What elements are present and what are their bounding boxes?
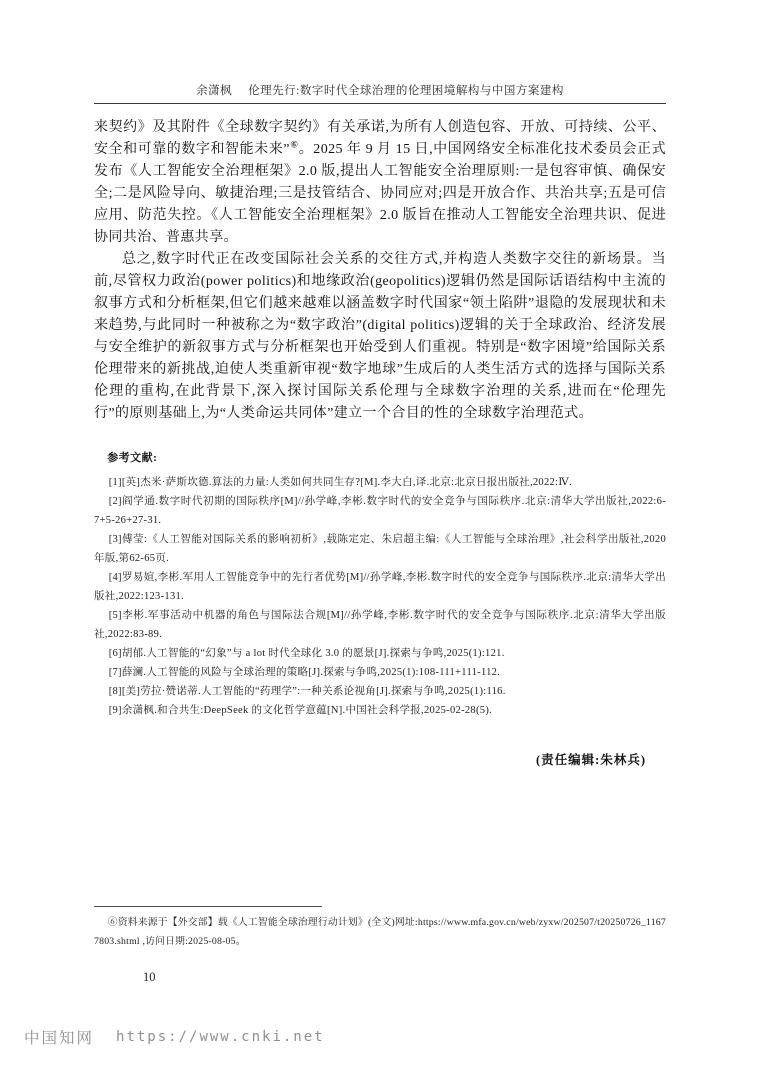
reference-item-7: [7]薛澜.人工智能的风险与全球治理的策略[J].探索与争鸣,2025(1):1… [94, 663, 666, 682]
document-page: 余潇枫伦理先行:数字时代全球治理的伦理困境解构与中国方案建构 来契约》及其附件《… [0, 0, 759, 1067]
article-body: 来契约》及其附件《全球数字契约》有关承诺,为所有人创造包容、开放、可持续、公平、… [94, 117, 666, 425]
reference-item-9: [9]余潇枫.和合共生:DeepSeek 的文化哲学意蕴[N].中国社会科学报,… [94, 701, 666, 720]
editor-note: (责任编辑:朱林兵) [94, 750, 666, 768]
reference-item-5: [5]李彬.军事活动中机器的角色与国际法合规[M]//孙学峰,李彬.数字时代的安… [94, 606, 666, 644]
header-rule [94, 103, 666, 104]
running-header-title: 伦理先行:数字时代全球治理的伦理困境解构与中国方案建构 [248, 85, 564, 97]
references-section: 参考文献: [1][英]杰米·萨斯坎德.算法的力量:人类如何共同生存?[M].李… [94, 449, 666, 720]
references-heading: 参考文献: [94, 449, 666, 465]
cnki-watermark: 中国知网 https://www.cnki.net [24, 1026, 325, 1048]
footnote-separator [94, 906, 322, 907]
page-content: 余潇枫伦理先行:数字时代全球治理的伦理困境解构与中国方案建构 来契约》及其附件《… [94, 0, 666, 768]
footnote-6-marker: ⑥ [290, 139, 299, 149]
footnote-block: ⑥资料来源于【外交部】载《人工智能全球治理行动计划》(全文)网址:https:/… [94, 906, 666, 951]
reference-item-3: [3]傅莹:《人工智能对国际关系的影响初析》,载陈定定、朱启超主编:《人工智能与… [94, 530, 666, 568]
reference-item-8: [8][美]劳拉·赞诺蒂.人工智能的“药理学”:一种关系论视角[J].探索与争鸣… [94, 682, 666, 701]
cnki-url: https://www.cnki.net [116, 1029, 325, 1045]
running-header: 余潇枫伦理先行:数字时代全球治理的伦理困境解构与中国方案建构 [94, 82, 666, 98]
reference-item-4: [4]罗易媗,李彬.军用人工智能竞争中的先行者优势[M]//孙学峰,李彬.数字时… [94, 568, 666, 606]
page-number: 10 [143, 970, 156, 985]
reference-item-1: [1][英]杰米·萨斯坎德.算法的力量:人类如何共同生存?[M].李大白,译.北… [94, 473, 666, 492]
paragraph-1-rest: 。2025 年 9 月 15 日,中国网络安全标准化技术委员会正式发布《人工智能… [94, 142, 666, 245]
paragraph-1: 来契约》及其附件《全球数字契约》有关承诺,为所有人创造包容、开放、可持续、公平、… [94, 117, 666, 249]
reference-item-2: [2]阎学通.数字时代初期的国际秩序[M]//孙学峰,李彬.数字时代的安全竞争与… [94, 492, 666, 530]
paragraph-2: 总之,数字时代正在改变国际社会关系的交往方式,并构造人类数字交往的新场景。当前,… [94, 249, 666, 425]
cnki-logo: 中国知网 [24, 1026, 94, 1048]
footnote-text: ⑥资料来源于【外交部】载《人工智能全球治理行动计划》(全文)网址:https:/… [94, 913, 666, 951]
running-header-author: 余潇枫 [196, 85, 232, 97]
reference-item-6: [6]胡郁.人工智能的“幻象”与 a lot 时代全球化 3.0 的愿景[J].… [94, 644, 666, 663]
